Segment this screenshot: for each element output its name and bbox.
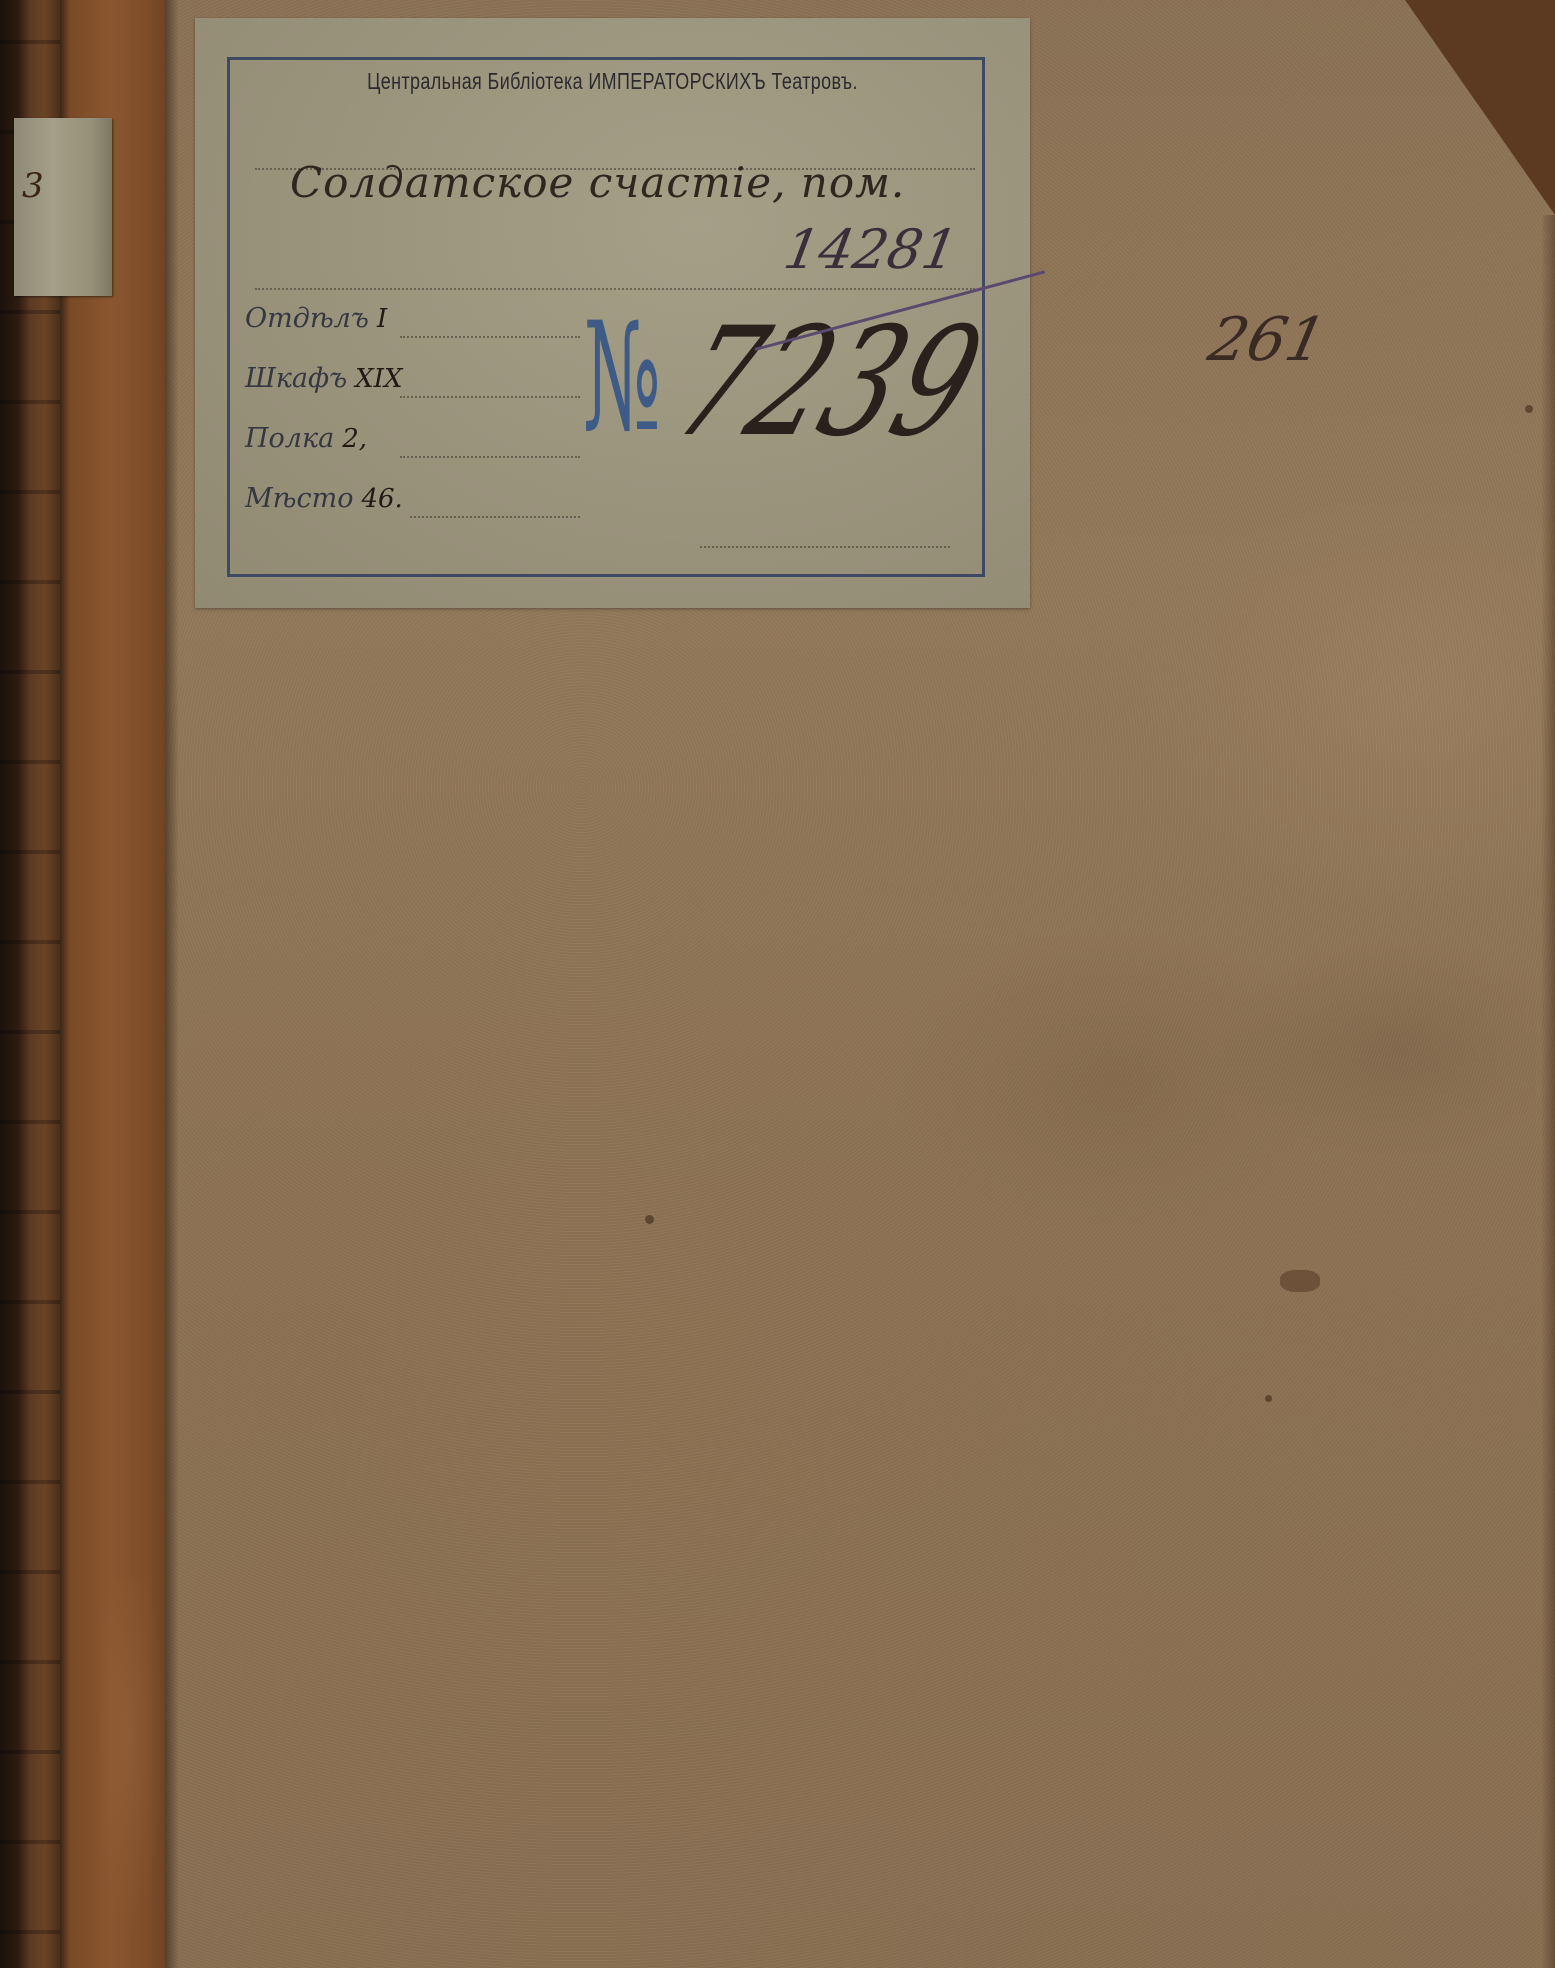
book-spine: 3 — [0, 0, 170, 1968]
field-label: Мѣсто — [245, 483, 353, 514]
dotted-rule — [410, 516, 580, 518]
right-edge-shade — [1541, 215, 1555, 1968]
dotted-rule — [400, 456, 580, 458]
stain-spot — [1265, 1395, 1272, 1402]
stain-spot — [1525, 405, 1533, 413]
field-place: Мѣсто46. — [245, 483, 403, 514]
handwritten-shelf-mark: 261 — [1203, 305, 1332, 375]
handwritten-title: Солдатское счастіе, пом. — [290, 158, 905, 207]
worn-corner — [1405, 0, 1555, 215]
dotted-rule — [255, 288, 975, 290]
field-value: XIX — [355, 364, 402, 394]
inventory-number: 14281 — [779, 218, 962, 281]
field-department: ОтдѣлъI — [245, 303, 387, 334]
dotted-rule — [700, 546, 950, 548]
library-name-header: Центральная Библіотека ИМПЕРАТОРСКИХЪ Те… — [287, 68, 938, 95]
field-shelf: Полка2, — [245, 423, 367, 454]
stain-spot — [645, 1215, 654, 1224]
dotted-rule — [400, 396, 580, 398]
field-value: 46. — [361, 484, 402, 514]
book-cover-scan: 3 261 Центральная Библіотека ИМПЕРАТОРСК… — [0, 0, 1555, 1968]
field-value: 2, — [342, 424, 367, 454]
field-label: Полка — [245, 423, 334, 454]
field-label: Отдѣлъ — [245, 303, 369, 334]
spine-paper-tag: 3 — [14, 118, 112, 296]
dotted-rule — [400, 336, 580, 338]
library-label: Центральная Библіотека ИМПЕРАТОРСКИХЪ Те… — [195, 18, 1030, 608]
field-value: I — [377, 304, 387, 334]
numero-sign: № — [583, 303, 661, 453]
spine-tag-mark: 3 — [22, 166, 44, 206]
field-cabinet: ШкафъXIX — [245, 363, 402, 394]
stain-blotch — [1280, 1270, 1320, 1292]
field-label: Шкафъ — [245, 363, 347, 394]
spine-worn-patch — [100, 1580, 170, 1968]
binding-shadow — [165, 0, 179, 1968]
